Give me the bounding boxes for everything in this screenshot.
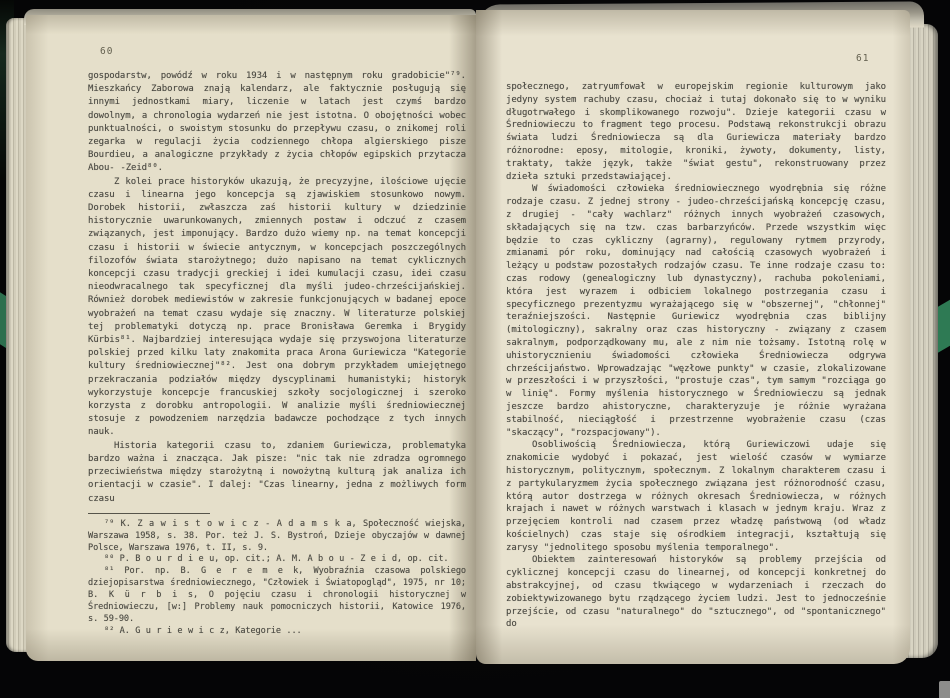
left-page-number: 60: [100, 46, 113, 57]
paragraph: społecznego, zatryumfował w europejskim …: [506, 81, 886, 183]
footnote: ⁸¹ Por. np. B. G e r e m e k, Wyobraźnia…: [88, 566, 466, 626]
footnotes-block: ⁷⁹ K. Z a w i s t o w i c z - A d a m s …: [88, 519, 466, 638]
left-page-text-column: gospodarstw, powódź w roku 1934 i w nast…: [88, 70, 466, 638]
footnote: ⁷⁹ K. Z a w i s t o w i c z - A d a m s …: [88, 519, 466, 555]
footnote-separator-rule: [88, 513, 210, 514]
right-page: 61 społecznego, zatryumfował w europejsk…: [476, 10, 910, 664]
footnote: ⁸² A. G u r i e w i c z, Kategorie ...: [88, 626, 466, 638]
right-page-text-column: społecznego, zatryumfował w europejskim …: [506, 81, 886, 631]
left-page: 60 gospodarstw, powódź w roku 1934 i w n…: [26, 15, 476, 661]
paragraph: Obiektem zainteresowań historyków są pro…: [506, 554, 886, 631]
bottom-right-corner-mark: [939, 681, 950, 698]
paragraph: Historia kategorii czasu to, zdaniem Gur…: [88, 440, 466, 506]
paragraph: Osobliwością Średniowiecza, którą Guriew…: [506, 439, 886, 554]
paragraph: W świadomości człowieka średniowiecznego…: [506, 183, 886, 439]
right-page-number: 61: [856, 53, 869, 64]
black-background: 60 gospodarstw, powódź w roku 1934 i w n…: [0, 0, 950, 698]
footnote: ⁸⁰ P. B o u r d i e u, op. cit.; A. M. A…: [88, 554, 466, 566]
paragraph: gospodarstw, powódź w roku 1934 i w nast…: [88, 70, 466, 176]
right-page-fore-edge-stack: [906, 24, 938, 658]
paragraph: Z kolei prace historyków ukazują, że pre…: [88, 176, 466, 440]
